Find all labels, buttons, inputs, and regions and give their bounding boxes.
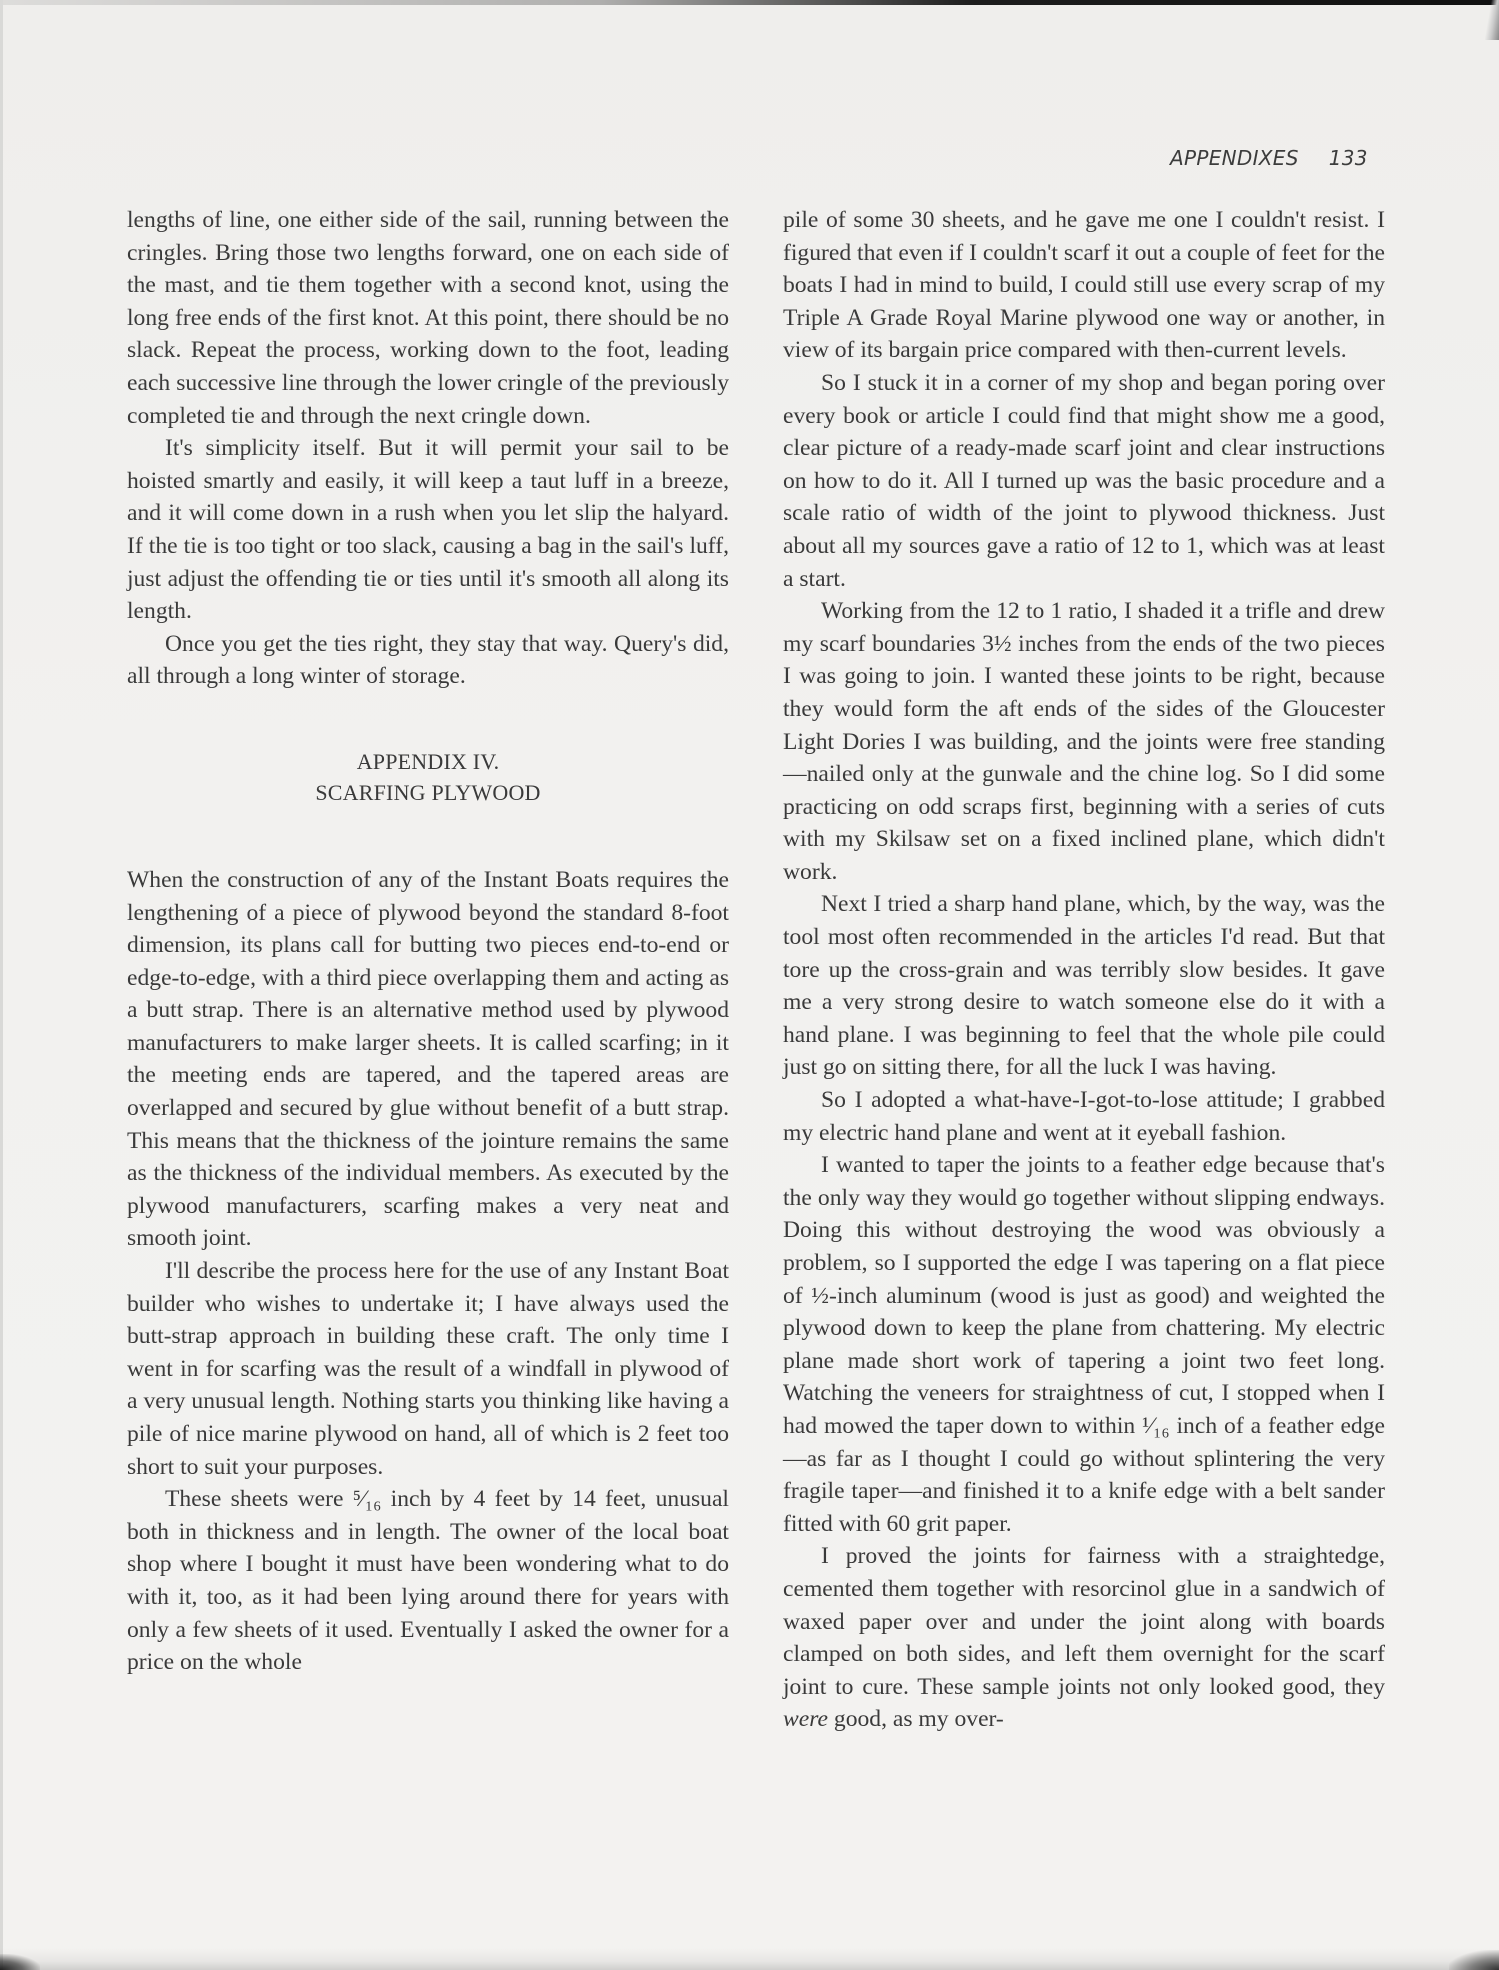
paragraph: pile of some 30 sheets, and he gave me o… (783, 204, 1385, 367)
right-column: pile of some 30 sheets, and he gave me o… (783, 204, 1385, 1736)
page-corner-curl (1485, 0, 1499, 40)
paragraph: These sheets were ⁵⁄₁₆ inch by 4 feet by… (127, 1483, 729, 1679)
page-corner-bottom-right (1449, 1950, 1499, 1970)
page-top-edge-shadow (0, 0, 1499, 5)
page-bottom-shadow (0, 1948, 1499, 1970)
book-page: APPENDIXES133 lengths of line, one eithe… (0, 0, 1499, 1970)
running-header: APPENDIXES133 (1170, 146, 1368, 170)
page-corner-bottom-left (0, 1954, 40, 1970)
italic-emphasis: were (783, 1706, 828, 1732)
paragraph: I'll describe the process here for the u… (127, 1255, 729, 1483)
paragraph: So I stuck it in a corner of my shop and… (783, 367, 1385, 595)
paragraph: I proved the joints for fairness with a … (783, 1540, 1385, 1736)
paragraph: lengths of line, one either side of the … (127, 204, 729, 432)
text-run: good, as my over- (828, 1706, 1004, 1732)
paragraph: It's simplicity itself. But it will perm… (127, 432, 729, 628)
paragraph: When the construction of any of the Inst… (127, 864, 729, 1255)
paragraph: Working from the 12 to 1 ratio, I shaded… (783, 595, 1385, 888)
page-number: 133 (1329, 146, 1368, 170)
appendix-heading: APPENDIX IV. SCARFING PLYWOOD (127, 746, 729, 808)
paragraph: Once you get the ties right, they stay t… (127, 628, 729, 693)
page-left-edge (0, 0, 3, 1970)
appendix-number: APPENDIX IV. (127, 746, 729, 777)
text-run: I proved the joints for fairness with a … (783, 1543, 1385, 1699)
paragraph: So I adopted a what-have-I-got-to-lose a… (783, 1084, 1385, 1149)
running-title: APPENDIXES (1170, 146, 1299, 170)
left-column: lengths of line, one either side of the … (127, 204, 729, 1679)
paragraph: I wanted to taper the joints to a feathe… (783, 1149, 1385, 1540)
appendix-title: SCARFING PLYWOOD (127, 777, 729, 808)
paragraph: Next I tried a sharp hand plane, which, … (783, 888, 1385, 1084)
